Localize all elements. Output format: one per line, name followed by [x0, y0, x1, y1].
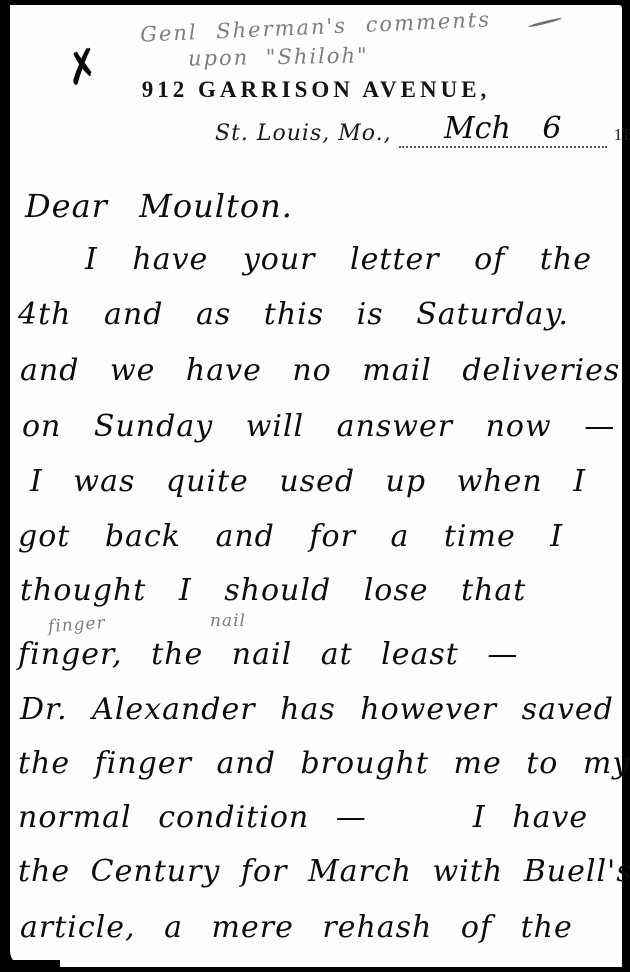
scan-edge-artifact — [0, 960, 60, 972]
handwritten-line: 4th and as this is Saturday. — [18, 297, 569, 332]
archival-note-line1: Genl Sherman's comments — [140, 7, 492, 46]
handwritten-line: got back and for a time I — [18, 519, 563, 554]
scanned-letter: Genl Sherman's comments upon "Shiloh" ✗ … — [0, 0, 630, 972]
pencil-word-finger: finger — [47, 613, 106, 637]
printed-year-prefix: 188 — [614, 125, 630, 144]
handwritten-line: I was quite used up when I — [30, 464, 586, 499]
archival-note-line2: upon "Shiloh" — [188, 43, 369, 70]
pencil-flourish-stroke — [528, 17, 562, 28]
handwritten-line: and we have no mail deliveries — [20, 353, 620, 388]
handwritten-line: finger, the nail at least — — [18, 637, 518, 672]
handwritten-line: Dr. Alexander has however saved — [20, 692, 614, 727]
handwritten-line: the finger and brought me to my — [18, 746, 630, 781]
handwritten-date: Mch 6 — [399, 111, 607, 148]
letterhead-city: St. Louis, Mo., — [215, 121, 392, 146]
handwritten-line: article, a mere rehash of the — [20, 910, 573, 945]
scan-edge-artifact — [180, 0, 300, 4]
letterhead-date-line: St. Louis, Mo., Mch 6 188 6 — [215, 113, 630, 150]
handwritten-line: normal condition — I have — [18, 800, 588, 835]
handwritten-line: the Century for March with Buell's — [18, 854, 630, 889]
salutation: Dear Moulton. — [25, 187, 293, 225]
handwritten-line: thought I should lose that — [20, 573, 526, 608]
handwritten-line: I have your letter of the — [85, 242, 592, 277]
handwritten-line: on Sunday will answer now — — [22, 409, 615, 444]
pencil-word-nail: nail — [210, 611, 246, 631]
letter-page: Genl Sherman's comments upon "Shiloh" ✗ … — [10, 5, 622, 967]
letterhead-street: 912 GARRISON AVENUE, — [10, 77, 622, 103]
scan-edge-artifact — [420, 0, 510, 3]
